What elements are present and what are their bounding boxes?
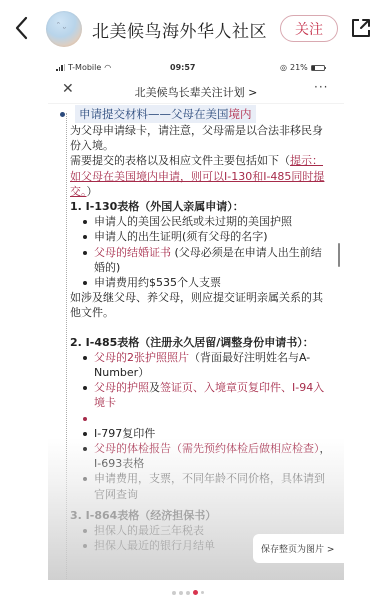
i130-heading: 1. I-130表格（外国人亲属申请）： [70, 199, 332, 214]
follow-button[interactable]: 关注 [280, 15, 338, 42]
list-item: I-797复印件 [82, 426, 332, 441]
pager-dot-active[interactable] [193, 590, 198, 595]
save-as-image-button[interactable]: 保存整页为图片 > [253, 534, 345, 563]
status-time: 09:57 [170, 63, 195, 72]
article-nav: ✕ 北美候鸟长辈关注计划 > ··· [48, 78, 344, 104]
list-item: 申请人的美国公民纸或未过期的美国护照 [82, 214, 332, 229]
section-heading: 申请提交材料——父母在美国境内 [60, 105, 256, 123]
signal-icon [56, 64, 65, 71]
article-body: 为父母申请绿卡，请注意，父母需是以合法非移民身份入境。 需要提交的表格以及相应文… [70, 123, 332, 553]
pager-dot[interactable] [186, 591, 190, 595]
carrier: T-Mobile [68, 63, 101, 72]
section-title-highlight: 境内 [229, 107, 252, 121]
list-item-empty [82, 411, 332, 426]
passport-photos-text: 父母的2张护照照片 [94, 351, 189, 364]
location-icon: ◎ [280, 63, 287, 72]
pager-dot[interactable] [201, 591, 204, 594]
list-item: 父母的体检报告（需先预约体检后做相应检查），I-693表格 [82, 441, 332, 471]
chevron-left-icon [12, 14, 32, 42]
intro-paragraph: 为父母申请绿卡，请注意，父母需是以合法非移民身份入境。 [70, 123, 332, 153]
battery-percent: 21% [290, 63, 308, 72]
i864-heading: 3. I-864表格（经济担保书） [70, 508, 332, 523]
pager-dot[interactable] [179, 591, 183, 595]
bird-icon: ᵕ [63, 25, 66, 33]
section-title: 申请提交材料——父母在美国 [79, 107, 229, 121]
app-header: ᵔ ᵕ 北美候鸟海外华人社区 关注 [0, 0, 392, 58]
community-avatar[interactable]: ᵔ ᵕ [46, 11, 82, 47]
post-image[interactable]: T-Mobile ︎◠ 09:57 ◎ 21% ✕ 北美候鸟长辈关注计划 > ·… [48, 58, 344, 580]
wifi-icon: ︎◠ [104, 63, 111, 72]
dotted-rail [66, 113, 67, 580]
more-icon[interactable]: ··· [314, 80, 328, 94]
bullet-icon [60, 112, 65, 117]
share-button[interactable] [350, 17, 372, 39]
paren-close: ） [87, 185, 98, 198]
list-item: 父母的结婚证书 (父母必须是在申请人出生前结婚的) [82, 245, 332, 275]
list-item: 申请费用约$535个人支票 [82, 275, 332, 290]
marriage-cert-text: 父母的结婚证书 [94, 246, 171, 259]
bird-icon: ᵔ [57, 21, 60, 29]
article-content: 申请提交材料——父母在美国境内 为父母申请绿卡，请注意，父母需是以合法非移民身份… [48, 105, 344, 580]
i485-heading: 2. I-485表格（注册永久居留/调整身份申请书）： [70, 335, 332, 350]
status-bar: T-Mobile ︎◠ 09:57 ◎ 21% [48, 58, 344, 78]
list-item: 父母的2张护照照片（背面最好注明姓名与A-Number） [82, 350, 332, 380]
share-external-icon [350, 17, 372, 39]
list-item: 申请费用，支票，不同年龄不同价格，具体请到官网查询 [82, 471, 332, 501]
i485-list: 父母的2张护照照片（背面最好注明姓名与A-Number） 父母的护照及签证页、入… [70, 350, 332, 502]
image-pager [172, 590, 204, 595]
community-name[interactable]: 北美候鸟海外华人社区 [92, 17, 267, 42]
requirements-paragraph: 需要提交的表格以及相应文件主要包括如下（提示：如父母在美国境内申请，则可以I-1… [70, 153, 332, 199]
article-account-title[interactable]: 北美候鸟长辈关注计划 > [48, 84, 344, 100]
back-button[interactable] [12, 14, 32, 42]
medical-report-text: 父母的体检报告（需先预约体检后做相应检查） [94, 442, 320, 455]
and-text: 及 [149, 381, 160, 394]
i130-list: 申请人的美国公民纸或未过期的美国护照 申请人的出生证明(须有父母的名字) 父母的… [70, 214, 332, 290]
scrollbar[interactable] [338, 243, 340, 267]
list-item: 父母的护照及签证页、入境章页复印件、I-94入境卡 [82, 380, 332, 410]
passport-text: 父母的护照 [94, 381, 149, 394]
i130-note: 如涉及继父母、养父母，则应提交证明亲属关系的其他文件。 [70, 290, 332, 320]
pager-dot[interactable] [172, 591, 176, 595]
requirements-text: 需要提交的表格以及相应文件主要包括如下（ [70, 154, 290, 167]
battery-icon [311, 65, 325, 71]
list-item: 申请人的出生证明(须有父母的名字) [82, 229, 332, 244]
